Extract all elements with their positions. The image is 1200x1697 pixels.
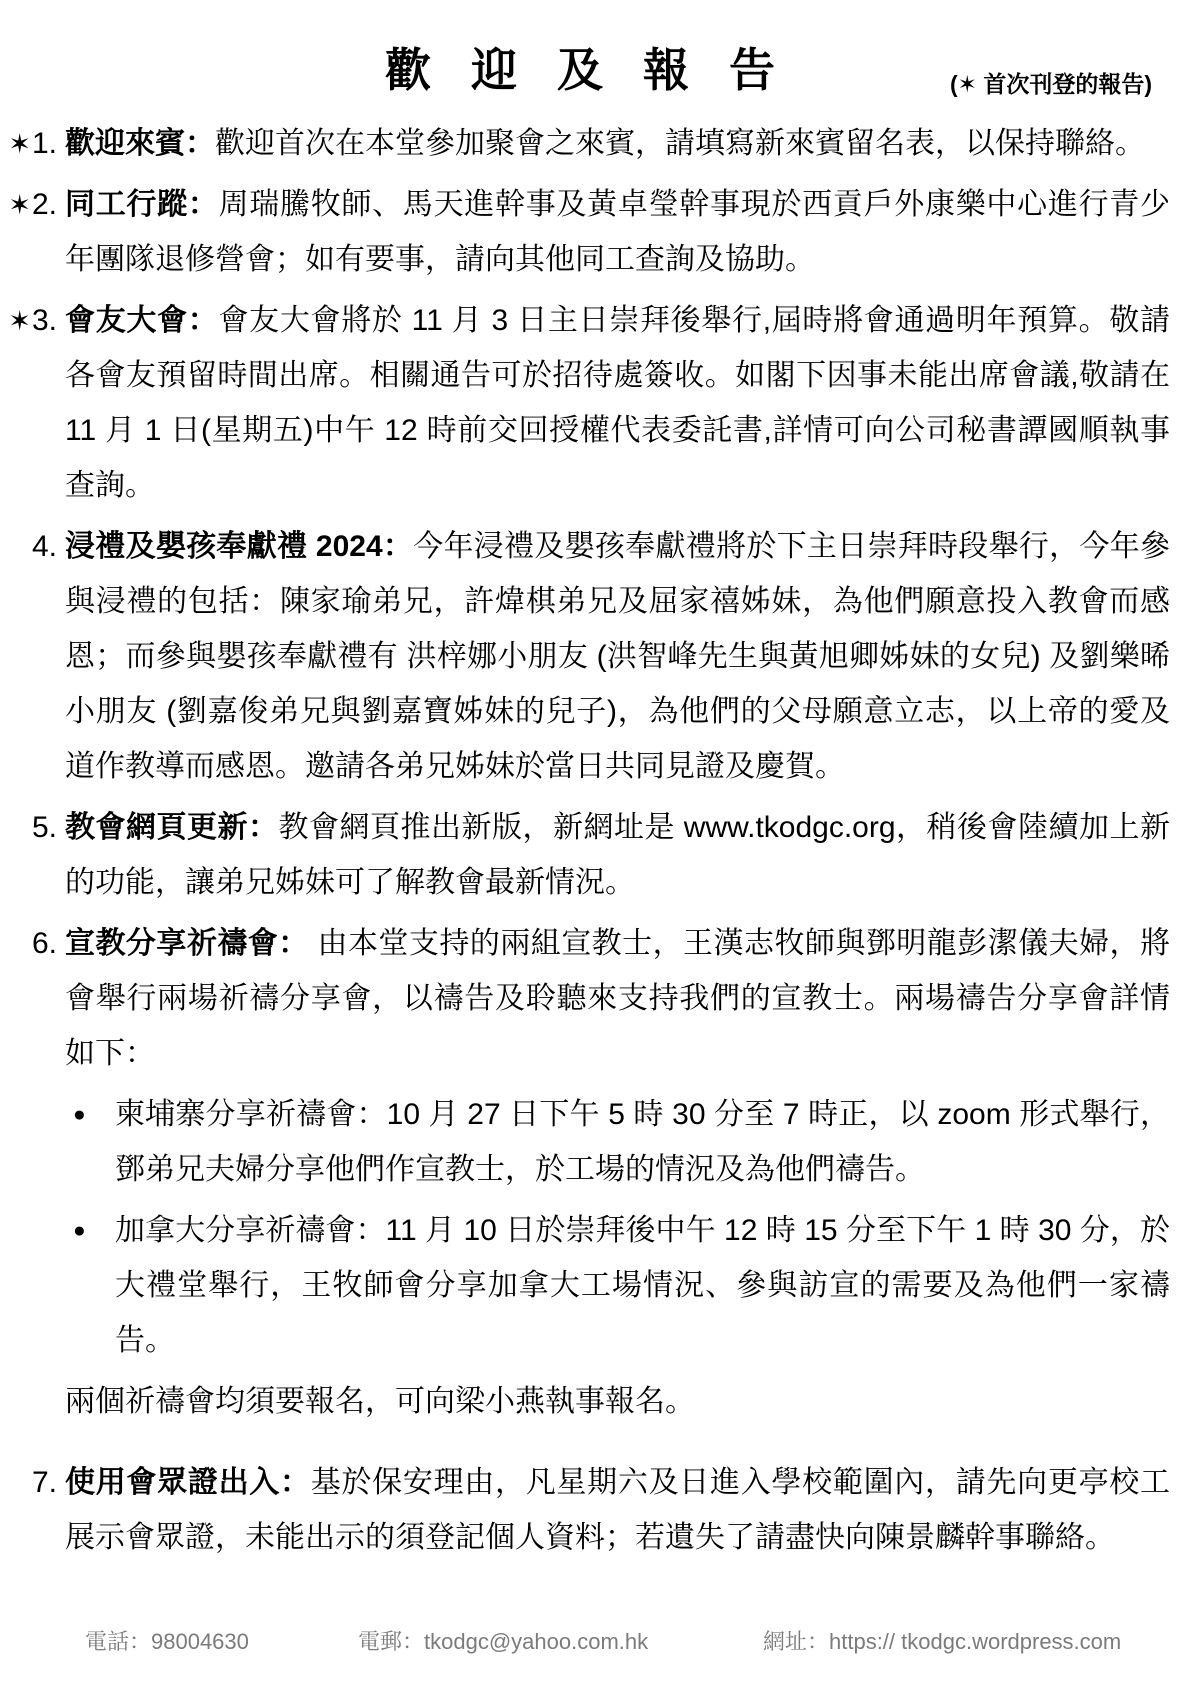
item-body: 歡迎首次在本堂參加聚會之來賓，請填寫新來賓留名表，以保持聯絡。 bbox=[215, 127, 1145, 160]
announcement-item-1: ✶1.歡迎來賓：歡迎首次在本堂參加聚會之來賓，請填寫新來賓留名表，以保持聯絡。 bbox=[65, 116, 1170, 171]
announcement-item-4: 4.浸禮及嬰孩奉獻禮 2024：今年浸禮及嬰孩奉獻禮將於下主日崇拜時段舉行，今年… bbox=[65, 519, 1170, 794]
item-body: 周瑞騰牧師、馬天進幹事及黃卓瑩幹事現於西貢戶外康樂中心進行青少年團隊退修營會；如… bbox=[65, 188, 1170, 276]
item-marker: 4. bbox=[8, 519, 61, 574]
item-heading: 同工行蹤： bbox=[65, 188, 219, 221]
item-heading: 宣教分享祈禱會： bbox=[65, 927, 309, 960]
page-header: 歡迎及報告 (✶ 首次刊登的報告) bbox=[0, 34, 1200, 106]
first-published-star-icon: ✶ bbox=[8, 178, 31, 233]
announcement-list: ✶1.歡迎來賓：歡迎首次在本堂參加聚會之來賓，請填寫新來賓留名表，以保持聯絡。 … bbox=[0, 116, 1200, 1565]
item-number: 2. bbox=[32, 177, 57, 232]
bullet-text: 加拿大分享祈禱會：11 月 10 日於崇拜後中午 12 時 15 分至下午 1 … bbox=[115, 1214, 1170, 1357]
prayer-meeting-canada: ●加拿大分享祈禱會：11 月 10 日於崇拜後中午 12 時 15 分至下午 1… bbox=[115, 1203, 1170, 1368]
item-heading: 浸禮及嬰孩奉獻禮 2024： bbox=[65, 530, 413, 563]
item-marker: ✶3. bbox=[8, 293, 61, 349]
item-heading: 會友大會： bbox=[65, 304, 218, 337]
first-published-star-icon: ✶ bbox=[8, 294, 31, 349]
item-number: 6. bbox=[32, 916, 57, 971]
item-body: 今年浸禮及嬰孩奉獻禮將於下主日崇拜時段舉行，今年參與浸禮的包括：陳家瑜弟兄，許煒… bbox=[65, 530, 1170, 783]
item-number: 1. bbox=[32, 116, 57, 171]
item-number: 5. bbox=[32, 800, 57, 855]
announcement-page: { "header": { "title": "歡迎及報告", "note": … bbox=[0, 0, 1200, 1697]
bullet-icon: ● bbox=[73, 1087, 86, 1142]
page-footer: 電話：98004630 電郵：tkodgc@yahoo.com.hk 網址：ht… bbox=[0, 1625, 1200, 1665]
item-marker: ✶2. bbox=[8, 177, 61, 233]
bullet-text: 柬埔寨分享祈禱會：10 月 27 日下午 5 時 30 分至 7 時正，以 zo… bbox=[115, 1098, 1170, 1186]
item-number: 4. bbox=[32, 519, 57, 574]
item-marker: 6. bbox=[8, 916, 61, 971]
item-marker: 7. bbox=[8, 1455, 61, 1510]
item-heading: 教會網頁更新： bbox=[65, 811, 278, 844]
footer-website: 網址：https:// tkodgc.wordpress.com bbox=[763, 1625, 1121, 1656]
footer-email: 電郵：tkodgc@yahoo.com.hk bbox=[358, 1625, 648, 1656]
item-marker: 5. bbox=[8, 800, 61, 855]
first-published-note: (✶ 首次刊登的報告) bbox=[950, 66, 1152, 99]
item-number: 7. bbox=[32, 1455, 57, 1510]
footer-phone: 電話：98004630 bbox=[85, 1625, 249, 1656]
announcement-item-3: ✶3.會友大會：會友大會將於 11 月 3 日主日崇拜後舉行,屆時將會通過明年預… bbox=[65, 293, 1170, 513]
item-heading: 使用會眾證出入： bbox=[65, 1466, 311, 1499]
item-body: 會友大會將於 11 月 3 日主日崇拜後舉行,屆時將會通過明年預算。敬請各會友預… bbox=[65, 304, 1170, 502]
announcement-item-2: ✶2.同工行蹤：周瑞騰牧師、馬天進幹事及黃卓瑩幹事現於西貢戶外康樂中心進行青少年… bbox=[65, 177, 1170, 287]
registration-note: 兩個祈禱會均須要報名，可向梁小燕執事報名。 bbox=[65, 1374, 1170, 1429]
prayer-meeting-cambodia: ●柬埔寨分享祈禱會：10 月 27 日下午 5 時 30 分至 7 時正，以 z… bbox=[115, 1087, 1170, 1197]
item-marker: ✶1. bbox=[8, 116, 61, 172]
bullet-icon: ● bbox=[73, 1203, 86, 1258]
announcement-item-6: 6.宣教分享祈禱會： 由本堂支持的兩組宣教士，王漢志牧師與鄧明龍彭潔儀夫婦，將會… bbox=[65, 916, 1170, 1081]
announcement-item-5: 5.教會網頁更新：教會網頁推出新版，新網址是 www.tkodgc.org，稍後… bbox=[65, 800, 1170, 910]
announcement-item-7: 7.使用會眾證出入：基於保安理由，凡星期六及日進入學校範圍內，請先向更亭校工展示… bbox=[65, 1455, 1170, 1565]
first-published-star-icon: ✶ bbox=[8, 117, 31, 172]
item-number: 3. bbox=[32, 293, 57, 348]
item-heading: 歡迎來賓： bbox=[65, 127, 215, 160]
